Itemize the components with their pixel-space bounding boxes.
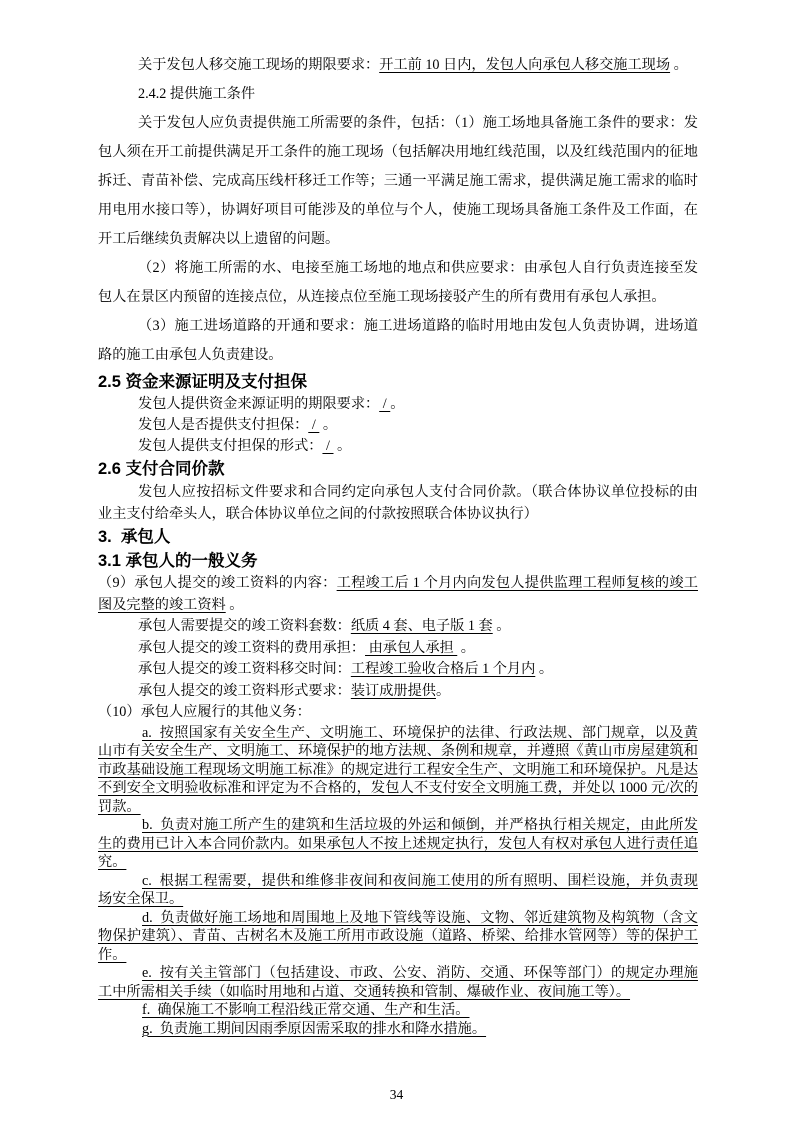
text-run: （9）承包人提交的竣工资料的内容： (98, 575, 337, 591)
text-run: 。 (535, 661, 553, 677)
text-run: （10）承包人应履行的其他义务： (98, 704, 311, 720)
filled-blank-text: 由承包人承担 (365, 640, 457, 656)
text-run: 2.5 资金来源证明及支付担保 (98, 373, 307, 391)
text-run: 发包人提供支付担保的形式： (138, 438, 322, 454)
line-payment-guarantee-form: 发包人提供支付担保的形式： / 。 (98, 436, 698, 457)
text-run: 。 (319, 417, 337, 433)
text-run: 。 (226, 597, 244, 613)
line-payment-guarantee-provided: 发包人是否提供支付担保： / 。 (98, 415, 698, 436)
filled-blank-text: d. 负责做好施工场地和周围地上及地下管线等设施、文物、邻近建筑物及构筑物（含文… (98, 910, 698, 963)
text-run: 关于发包人应负责提供施工所需要的条件，包括：（1）施工场地具备施工条件的要求：发… (98, 115, 698, 247)
text-run: 3.1 承包人的一般义务 (98, 552, 258, 570)
filled-blank-text: b. 负责对施工所产生的建筑和生活垃圾的外运和倾倒，并严格执行相关规定，由此所发… (98, 817, 698, 870)
filled-blank-text: 装订成册提供 (351, 683, 436, 699)
filled-blank-text: 纸质 4 套、电子版 1 套 (351, 618, 493, 634)
text-run: 2.4.2 提供施工条件 (138, 86, 255, 102)
item-e: e. 按有关主管部门（包括建设、市政、公安、消防、交通、环保等部门）的规定办理施… (98, 964, 698, 1001)
line-completion-materials-copies: 承包人需要提交的竣工资料套数：纸质 4 套、电子版 1 套 。 (98, 616, 698, 638)
para-water-power-access: （2）将施工所需的水、电接至施工场地的地点和供应要求：由承包人自行负责连接至发包… (98, 254, 698, 312)
para-other-obligations-intro: （10）承包人应履行的其他义务： (98, 702, 698, 724)
document-page: 关于发包人移交施工现场的期限要求：开工前 10 日内，发包人向承包人移交施工现场… (0, 0, 793, 1122)
item-f: f. 确保施工不影响工程沿线正常交通、生产和生活。 (98, 1001, 698, 1020)
text-run: 承包人提交的竣工资料移交时间： (138, 661, 351, 677)
filled-blank-text: 工程竣工验收合格后 1 个月内 (351, 661, 535, 677)
line-completion-materials-cost: 承包人提交的竣工资料的费用承担： 由承包人承担 。 (98, 638, 698, 660)
item-g: g. 负责施工期间因雨季原因需采取的排水和降水措施。 (98, 1020, 698, 1039)
filled-blank-text: c. 根据工程需要，提供和维修非夜间和夜间施工使用的所有照明、围栏设施，并负责现… (98, 873, 698, 908)
page-number: 34 (0, 1086, 793, 1104)
para-site-handover-deadline: 关于发包人移交施工现场的期限要求：开工前 10 日内，发包人向承包人移交施工现场… (98, 51, 698, 80)
filled-blank-text: g. 负责施工期间因雨季原因需采取的排水和降水措施。 (142, 1021, 486, 1037)
text-run: 发包人是否提供支付担保： (138, 417, 308, 433)
text-run: 。 (436, 683, 450, 699)
text-run: （2）将施工所需的水、电接至施工场地的地点和供应要求：由承包人自行负责连接至发包… (98, 260, 698, 305)
item-c: c. 根据工程需要，提供和维修非夜间和夜间施工使用的所有照明、围栏设施，并负责现… (98, 872, 698, 909)
text-run: 发包人应按招标文件要求和合同约定向承包人支付合同价款。（联合体协议单位投标的由业… (98, 484, 698, 522)
heading-2-6: 2.6 支付合同价款 (98, 457, 698, 481)
text-run: 。 (493, 618, 511, 634)
para-construction-conditions: 关于发包人应负责提供施工所需要的条件，包括：（1）施工场地具备施工条件的要求：发… (98, 109, 698, 254)
filled-blank-text: e. 按有关主管部门（包括建设、市政、公安、消防、交通、环保等部门）的规定办理施… (98, 965, 698, 1000)
text-run: 。 (390, 396, 404, 412)
para-contract-price-payment: 发包人应按招标文件要求和合同约定向承包人支付合同价款。（联合体协议单位投标的由业… (98, 481, 698, 525)
text-run: （3）施工进场道路的开通和要求：施工进场道路的临时用地由发包人负责协调，进场道路… (98, 318, 698, 363)
text-run: 发包人提供资金来源证明的期限要求： (138, 396, 379, 412)
document-body: 关于发包人移交施工现场的期限要求：开工前 10 日内，发包人向承包人移交施工现场… (98, 51, 698, 1038)
filled-blank-text: f. 确保施工不影响工程沿线正常交通、生产和生活。 (142, 1002, 470, 1018)
filled-blank-text: / (322, 438, 333, 454)
filled-blank-text: / (379, 396, 390, 412)
text-run: 。 (457, 640, 475, 656)
text-run: 承包人需要提交的竣工资料套数： (138, 618, 351, 634)
heading-2-5: 2.5 资金来源证明及支付担保 (98, 370, 698, 394)
heading-3: 3. 承包人 (98, 525, 698, 549)
text-run: 。 (334, 438, 352, 454)
filled-blank-text: 开工前 10 日内，发包人向承包人移交施工现场 (379, 57, 670, 73)
filled-blank-text: / (308, 417, 319, 433)
item-d: d. 负责做好施工场地和周围地上及地下管线等设施、文物、邻近建筑物及构筑物（含文… (98, 909, 698, 965)
item-b: b. 负责对施工所产生的建筑和生活垃圾的外运和倾倒，并严格执行相关规定，由此所发… (98, 816, 698, 872)
text-run: 3. 承包人 (98, 528, 170, 546)
para-completion-materials-content: （9）承包人提交的竣工资料的内容：工程竣工后 1 个月内向发包人提供监理工程师复… (98, 573, 698, 616)
heading-3-1: 3.1 承包人的一般义务 (98, 549, 698, 573)
text-run: 2.6 支付合同价款 (98, 460, 225, 478)
text-run: 承包人提交的竣工资料形式要求： (138, 683, 351, 699)
heading-2-4-2: 2.4.2 提供施工条件 (98, 80, 698, 109)
item-a: a. 按照国家有关安全生产、文明施工、环境保护的法律、行政法规、部门规章，以及黄… (98, 724, 698, 817)
line-funding-proof-deadline: 发包人提供资金来源证明的期限要求： / 。 (98, 394, 698, 415)
text-run: 承包人提交的竣工资料的费用承担： (138, 640, 365, 656)
para-site-access-road: （3）施工进场道路的开通和要求：施工进场道路的临时用地由发包人负责协调，进场道路… (98, 312, 698, 370)
text-run: 关于发包人移交施工现场的期限要求： (138, 57, 379, 73)
line-completion-materials-handover-time: 承包人提交的竣工资料移交时间：工程竣工验收合格后 1 个月内 。 (98, 659, 698, 681)
line-completion-materials-format: 承包人提交的竣工资料形式要求：装订成册提供。 (98, 681, 698, 703)
text-run: 。 (670, 57, 688, 73)
filled-blank-text: a. 按照国家有关安全生产、文明施工、环境保护的法律、行政法规、部门规章，以及黄… (98, 725, 698, 815)
